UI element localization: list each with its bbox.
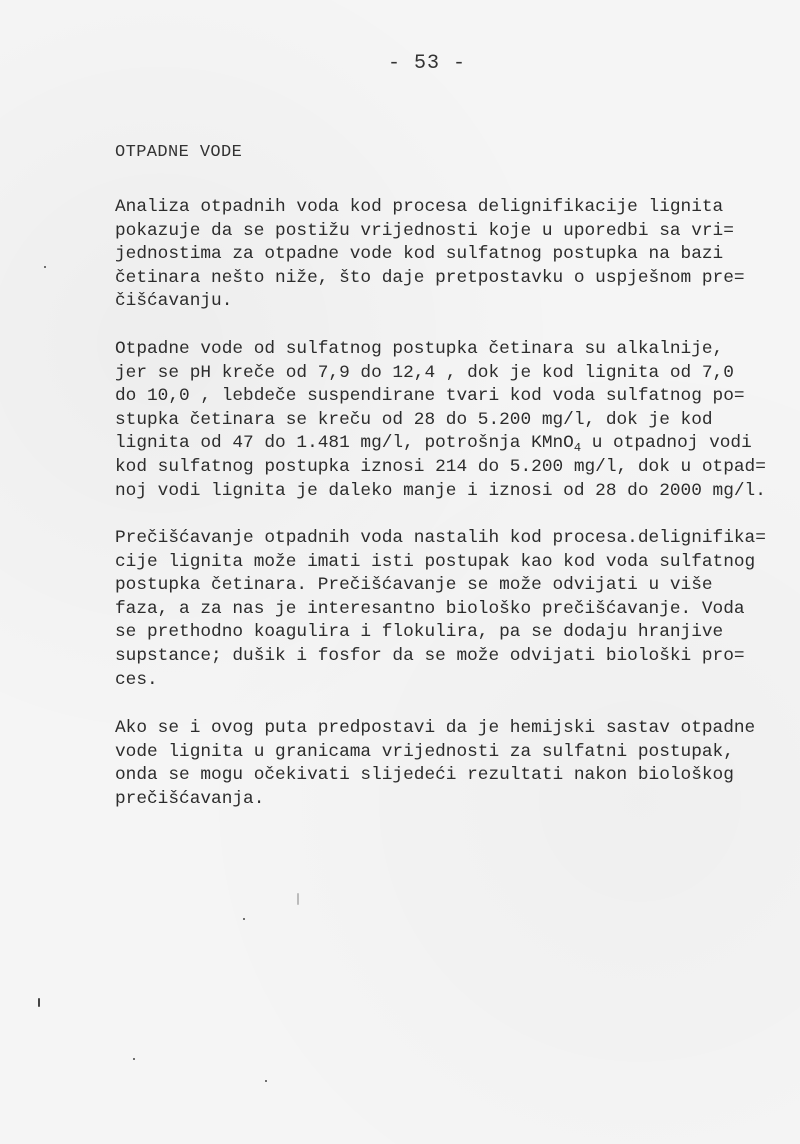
text-line: vode lignita u granicama vrijednosti za … [115,741,800,765]
text-line: pokazuje da se postižu vrijednosti koje … [115,220,800,244]
text-line: jednostima za otpadne vode kod sulfatnog… [115,243,800,267]
text-line: četinara nešto niže, što daje pretpostav… [115,267,800,291]
text-line: do 10,0 , lebdeče suspendirane tvari kod… [115,385,800,409]
text-line: Otpadne vode od sulfatnog postupka četin… [115,338,800,362]
text-line: noj vodi lignita je daleko manje i iznos… [115,480,800,504]
text-line: faza, a za nas je interesantno biološko … [115,598,800,622]
text-line: stupka četinara se kreču od 28 do 5.200 … [115,409,800,433]
text-line: prečišćavanja. [115,788,800,812]
text-line: čišćavanju. [115,290,800,314]
text-line: Ako se i ovog puta predpostavi da je hem… [115,717,800,741]
scanned-page: - 53 - OTPADNE VODE Analiza otpadnih vod… [0,0,800,1144]
subscript: 4 [574,441,581,455]
text-line-kmno4: lignita od 47 do 1.481 mg/l, potrošnja K… [115,432,800,456]
text-segment: lignita od 47 do 1.481 mg/l, potrošnja K… [115,433,574,453]
scan-speck [44,266,46,268]
text-line: ces. [115,669,800,693]
paragraph-expected-results: Ako se i ovog puta predpostavi da je hem… [115,717,800,811]
scan-speck [265,1080,267,1082]
scan-speck [297,893,299,905]
text-line: Analiza otpadnih voda kod procesa delign… [115,196,800,220]
scan-speck [133,1058,135,1060]
page-number: - 53 - [388,52,466,75]
scan-speck [243,918,245,920]
text-line: postupka četinara. Prečišćavanje se može… [115,574,800,598]
text-line: supstance; dušik i fosfor da se može odv… [115,645,800,669]
scan-speck [38,998,40,1007]
text-line: jer se pH kreče od 7,9 do 12,4 , dok je … [115,362,800,386]
text-line: onda se mogu očekivati slijedeći rezulta… [115,764,800,788]
paragraph-comparison: Otpadne vode od sulfatnog postupka četin… [115,338,800,503]
section-heading: OTPADNE VODE [115,143,242,162]
text-line: se prethodno koagulira i flokulira, pa s… [115,621,800,645]
text-line: kod sulfatnog postupka iznosi 214 do 5.2… [115,456,800,480]
text-line: cije lignita može imati isti postupak ka… [115,551,800,575]
paragraph-treatment: Prečišćavanje otpadnih voda nastalih kod… [115,527,800,692]
text-segment: u otpadnoj vodi [581,433,752,453]
text-line: Prečišćavanje otpadnih voda nastalih kod… [115,527,800,551]
paragraph-analysis: Analiza otpadnih voda kod procesa delign… [115,196,800,314]
